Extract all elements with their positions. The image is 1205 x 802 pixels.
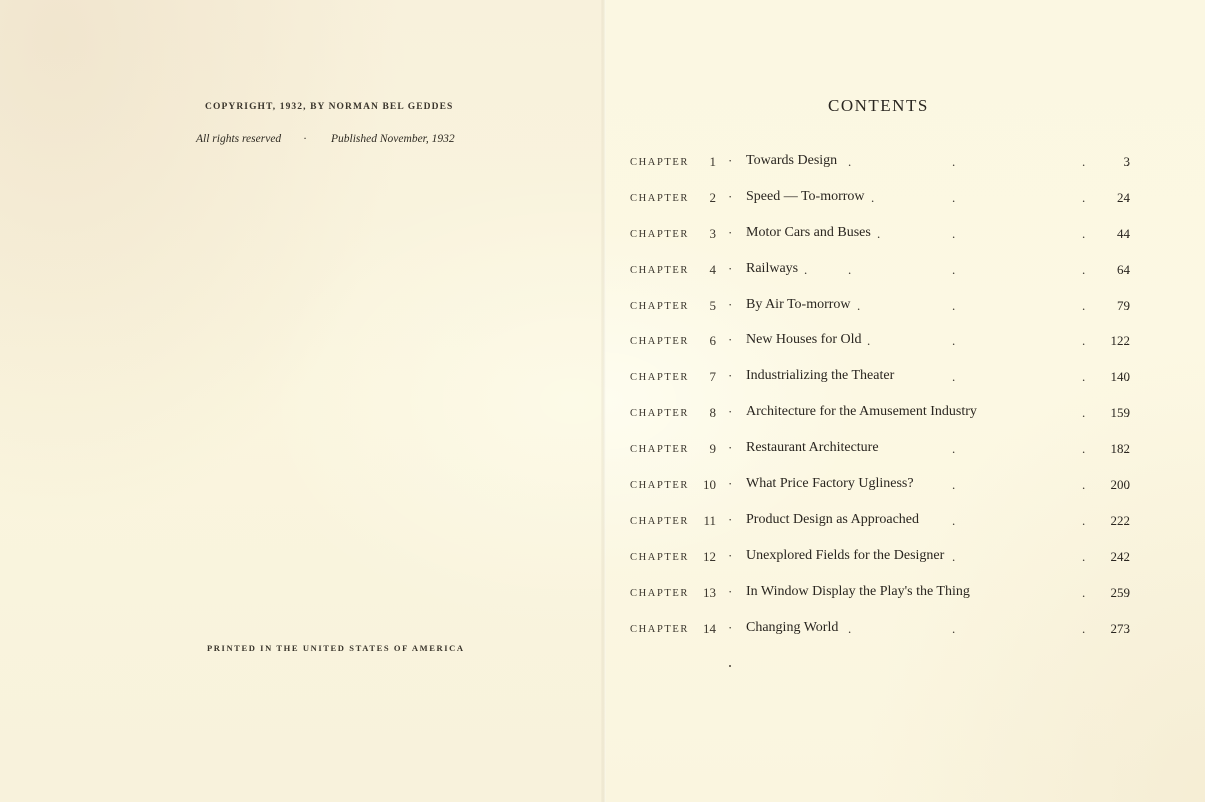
toc-row[interactable]: CHAPTER12·Unexplored Fields for the Desi… — [630, 547, 1140, 583]
page-number: 182 — [1111, 441, 1131, 457]
toc-row[interactable]: CHAPTER14·Changing World....273 — [630, 619, 1140, 655]
chapter-label: CHAPTER — [630, 624, 689, 635]
chapter-number: 2 — [698, 190, 716, 206]
published-date: Published November, 1932 — [331, 133, 455, 145]
leader-dot: . — [1082, 298, 1085, 314]
toc-row[interactable]: CHAPTER4·Railways.....64 — [630, 260, 1140, 296]
page-number: 159 — [1111, 405, 1131, 421]
leader-dot: . — [804, 262, 807, 278]
chapter-title[interactable]: Industrializing the Theater — [746, 368, 894, 384]
rights-separator: · — [303, 133, 307, 145]
leader-dot: . — [867, 333, 870, 349]
leader-dot: . — [848, 621, 851, 637]
page-number: 122 — [1111, 333, 1131, 349]
chapter-title[interactable]: Architecture for the Amusement Industry — [746, 404, 977, 420]
chapter-number: 7 — [698, 369, 716, 385]
chapter-title[interactable]: By Air To-morrow — [746, 297, 851, 313]
page-number: 200 — [1111, 477, 1131, 493]
leader-dot: . — [1082, 513, 1085, 529]
leader-dot: . — [1082, 190, 1085, 206]
chapter-title[interactable]: In Window Display the Play's the Thing — [746, 584, 970, 600]
leader-dot: . — [1082, 333, 1085, 349]
chapter-number: 4 — [698, 262, 716, 278]
chapter-title[interactable]: Speed — To-morrow — [746, 189, 865, 205]
toc-row[interactable]: CHAPTER13·In Window Display the Play's t… — [630, 583, 1140, 619]
toc-row[interactable]: CHAPTER5·By Air To-morrow....79 — [630, 296, 1140, 332]
page-number: 273 — [1111, 621, 1131, 637]
chapter-label: CHAPTER — [630, 552, 689, 563]
copyright-notice: COPYRIGHT, 1932, BY NORMAN BEL GEDDES — [205, 102, 453, 112]
chapter-label: CHAPTER — [630, 193, 689, 204]
page-number: 44 — [1117, 226, 1130, 242]
toc-row[interactable]: CHAPTER8·Architecture for the Amusement … — [630, 403, 1140, 439]
chapter-separator: · — [728, 512, 732, 528]
chapter-number: 10 — [698, 477, 716, 493]
leader-dot: . — [1082, 262, 1085, 278]
chapter-number: 6 — [698, 333, 716, 349]
chapter-label: CHAPTER — [630, 229, 689, 240]
chapter-label: CHAPTER — [630, 157, 689, 168]
chapter-separator: · — [728, 584, 732, 600]
leader-dot: . — [1082, 477, 1085, 493]
chapter-title[interactable]: New Houses for Old — [746, 332, 861, 348]
chapter-label: CHAPTER — [630, 516, 689, 527]
chapter-separator: · — [728, 548, 732, 564]
leader-dot: . — [1082, 585, 1085, 601]
leader-dot: . — [952, 298, 955, 314]
leader-dot: . — [952, 262, 955, 278]
chapter-separator: · — [728, 261, 732, 277]
chapter-title[interactable]: Towards Design — [746, 153, 837, 169]
leader-dot: . — [952, 333, 955, 349]
page-number: 140 — [1111, 369, 1131, 385]
chapter-number: 11 — [698, 513, 716, 529]
chapter-number: 9 — [698, 441, 716, 457]
toc-row[interactable]: CHAPTER7·Industrializing the Theater...1… — [630, 367, 1140, 403]
chapter-title[interactable]: What Price Factory Ugliness? — [746, 476, 914, 492]
leader-dot: . — [952, 190, 955, 206]
chapter-label: CHAPTER — [630, 444, 689, 455]
page-number: 24 — [1117, 190, 1130, 206]
toc-row[interactable]: CHAPTER2·Speed — To-morrow....24 — [630, 188, 1140, 224]
leader-dot: . — [952, 226, 955, 242]
chapter-number: 13 — [698, 585, 716, 601]
chapter-separator: · — [728, 476, 732, 492]
chapter-separator: · — [728, 440, 732, 456]
rights-line: All rights reserved·Published November, … — [196, 133, 455, 145]
toc-row[interactable]: CHAPTER3·Motor Cars and Buses....44 — [630, 224, 1140, 260]
printed-in-notice: PRINTED IN THE UNITED STATES OF AMERICA — [207, 643, 465, 653]
chapter-label: CHAPTER — [630, 301, 689, 312]
chapter-label: CHAPTER — [630, 480, 689, 491]
left-page: COPYRIGHT, 1932, BY NORMAN BEL GEDDES Al… — [0, 0, 603, 802]
toc-row[interactable]: CHAPTER10·What Price Factory Ugliness?..… — [630, 475, 1140, 511]
leader-dot: . — [952, 369, 955, 385]
scan-speck — [729, 665, 731, 667]
table-of-contents: CHAPTER1·Towards Design....3CHAPTER2·Spe… — [630, 152, 1140, 654]
leader-dot: . — [1082, 154, 1085, 170]
chapter-separator: · — [728, 297, 732, 313]
chapter-label: CHAPTER — [630, 265, 689, 276]
page-number: 259 — [1111, 585, 1131, 601]
chapter-number: 1 — [698, 154, 716, 170]
chapter-title[interactable]: Railways — [746, 261, 798, 277]
page-number: 79 — [1117, 298, 1130, 314]
leader-dot: . — [1082, 621, 1085, 637]
leader-dot: . — [952, 513, 955, 529]
chapter-label: CHAPTER — [630, 408, 689, 419]
toc-row[interactable]: CHAPTER11·Product Design as Approached..… — [630, 511, 1140, 547]
leader-dot: . — [952, 154, 955, 170]
chapter-separator: · — [728, 404, 732, 420]
chapter-number: 14 — [698, 621, 716, 637]
leader-dot: . — [952, 441, 955, 457]
page-gutter — [601, 0, 606, 802]
leader-dot: . — [952, 621, 955, 637]
chapter-separator: · — [728, 620, 732, 636]
page-number: 64 — [1117, 262, 1130, 278]
chapter-title[interactable]: Restaurant Architecture — [746, 440, 879, 456]
toc-row[interactable]: CHAPTER9·Restaurant Architecture...182 — [630, 439, 1140, 475]
leader-dot: . — [871, 190, 874, 206]
chapter-number: 12 — [698, 549, 716, 565]
leader-dot: . — [877, 226, 880, 242]
chapter-title[interactable]: Unexplored Fields for the Designer — [746, 548, 944, 564]
rights-reserved: All rights reserved — [196, 133, 281, 145]
chapter-label: CHAPTER — [630, 336, 689, 347]
leader-dot: . — [1082, 405, 1085, 421]
chapter-number: 8 — [698, 405, 716, 421]
leader-dot: . — [952, 477, 955, 493]
page-number: 222 — [1111, 513, 1131, 529]
toc-row[interactable]: CHAPTER6·New Houses for Old....122 — [630, 331, 1140, 367]
leader-dot: . — [848, 154, 851, 170]
chapter-separator: · — [728, 332, 732, 348]
chapter-separator: · — [728, 153, 732, 169]
toc-row[interactable]: CHAPTER1·Towards Design....3 — [630, 152, 1140, 188]
chapter-title[interactable]: Motor Cars and Buses — [746, 225, 871, 241]
page-number: 3 — [1124, 154, 1131, 170]
leader-dot: . — [848, 262, 851, 278]
chapter-title[interactable]: Product Design as Approached — [746, 512, 919, 528]
leader-dot: . — [857, 298, 860, 314]
chapter-separator: · — [728, 225, 732, 241]
chapter-label: CHAPTER — [630, 372, 689, 383]
leader-dot: . — [1082, 441, 1085, 457]
chapter-number: 3 — [698, 226, 716, 242]
leader-dot: . — [1082, 369, 1085, 385]
leader-dot: . — [952, 549, 955, 565]
chapter-number: 5 — [698, 298, 716, 314]
chapter-separator: · — [728, 368, 732, 384]
chapter-title[interactable]: Changing World — [746, 620, 838, 636]
chapter-label: CHAPTER — [630, 588, 689, 599]
leader-dot: . — [1082, 226, 1085, 242]
page-number: 242 — [1111, 549, 1131, 565]
contents-title: CONTENTS — [828, 96, 929, 116]
chapter-separator: · — [728, 189, 732, 205]
leader-dot: . — [1082, 549, 1085, 565]
